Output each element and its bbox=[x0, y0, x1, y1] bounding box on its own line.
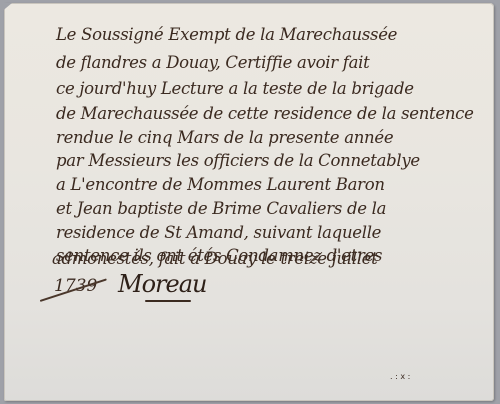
text-line-3: ce jourd'huy Lecture a la teste de la br… bbox=[56, 79, 414, 98]
torn-corner bbox=[0, 3, 12, 13]
text-line-5: rendue le cinq Mars de la presente année bbox=[56, 128, 393, 147]
text-line-4: de Marechaussée de cette residence de la… bbox=[56, 104, 474, 123]
text-line-2: de flandres a Douay, Certiffie avoir fai… bbox=[56, 53, 369, 72]
signature: Moreau bbox=[118, 270, 206, 298]
text-line-11: admonestés, fait a Douay le treize juill… bbox=[52, 249, 377, 268]
corner-mark: . : x : bbox=[390, 372, 410, 381]
signature-underline bbox=[145, 300, 191, 302]
text-line-8: et Jean baptiste de Brime Cavaliers de l… bbox=[56, 199, 386, 218]
text-line-6: par Messieurs les officiers de la Connet… bbox=[56, 151, 420, 170]
text-line-1: Le Soussigné Exempt de la Marechaussée bbox=[56, 25, 397, 44]
manuscript-page: Le Soussigné Exempt de la Marechaussée d… bbox=[4, 3, 494, 401]
text-line-9: residence de St Amand, suivant laquelle bbox=[56, 223, 381, 242]
text-line-7: a L'encontre de Mommes Laurent Baron bbox=[56, 175, 385, 194]
